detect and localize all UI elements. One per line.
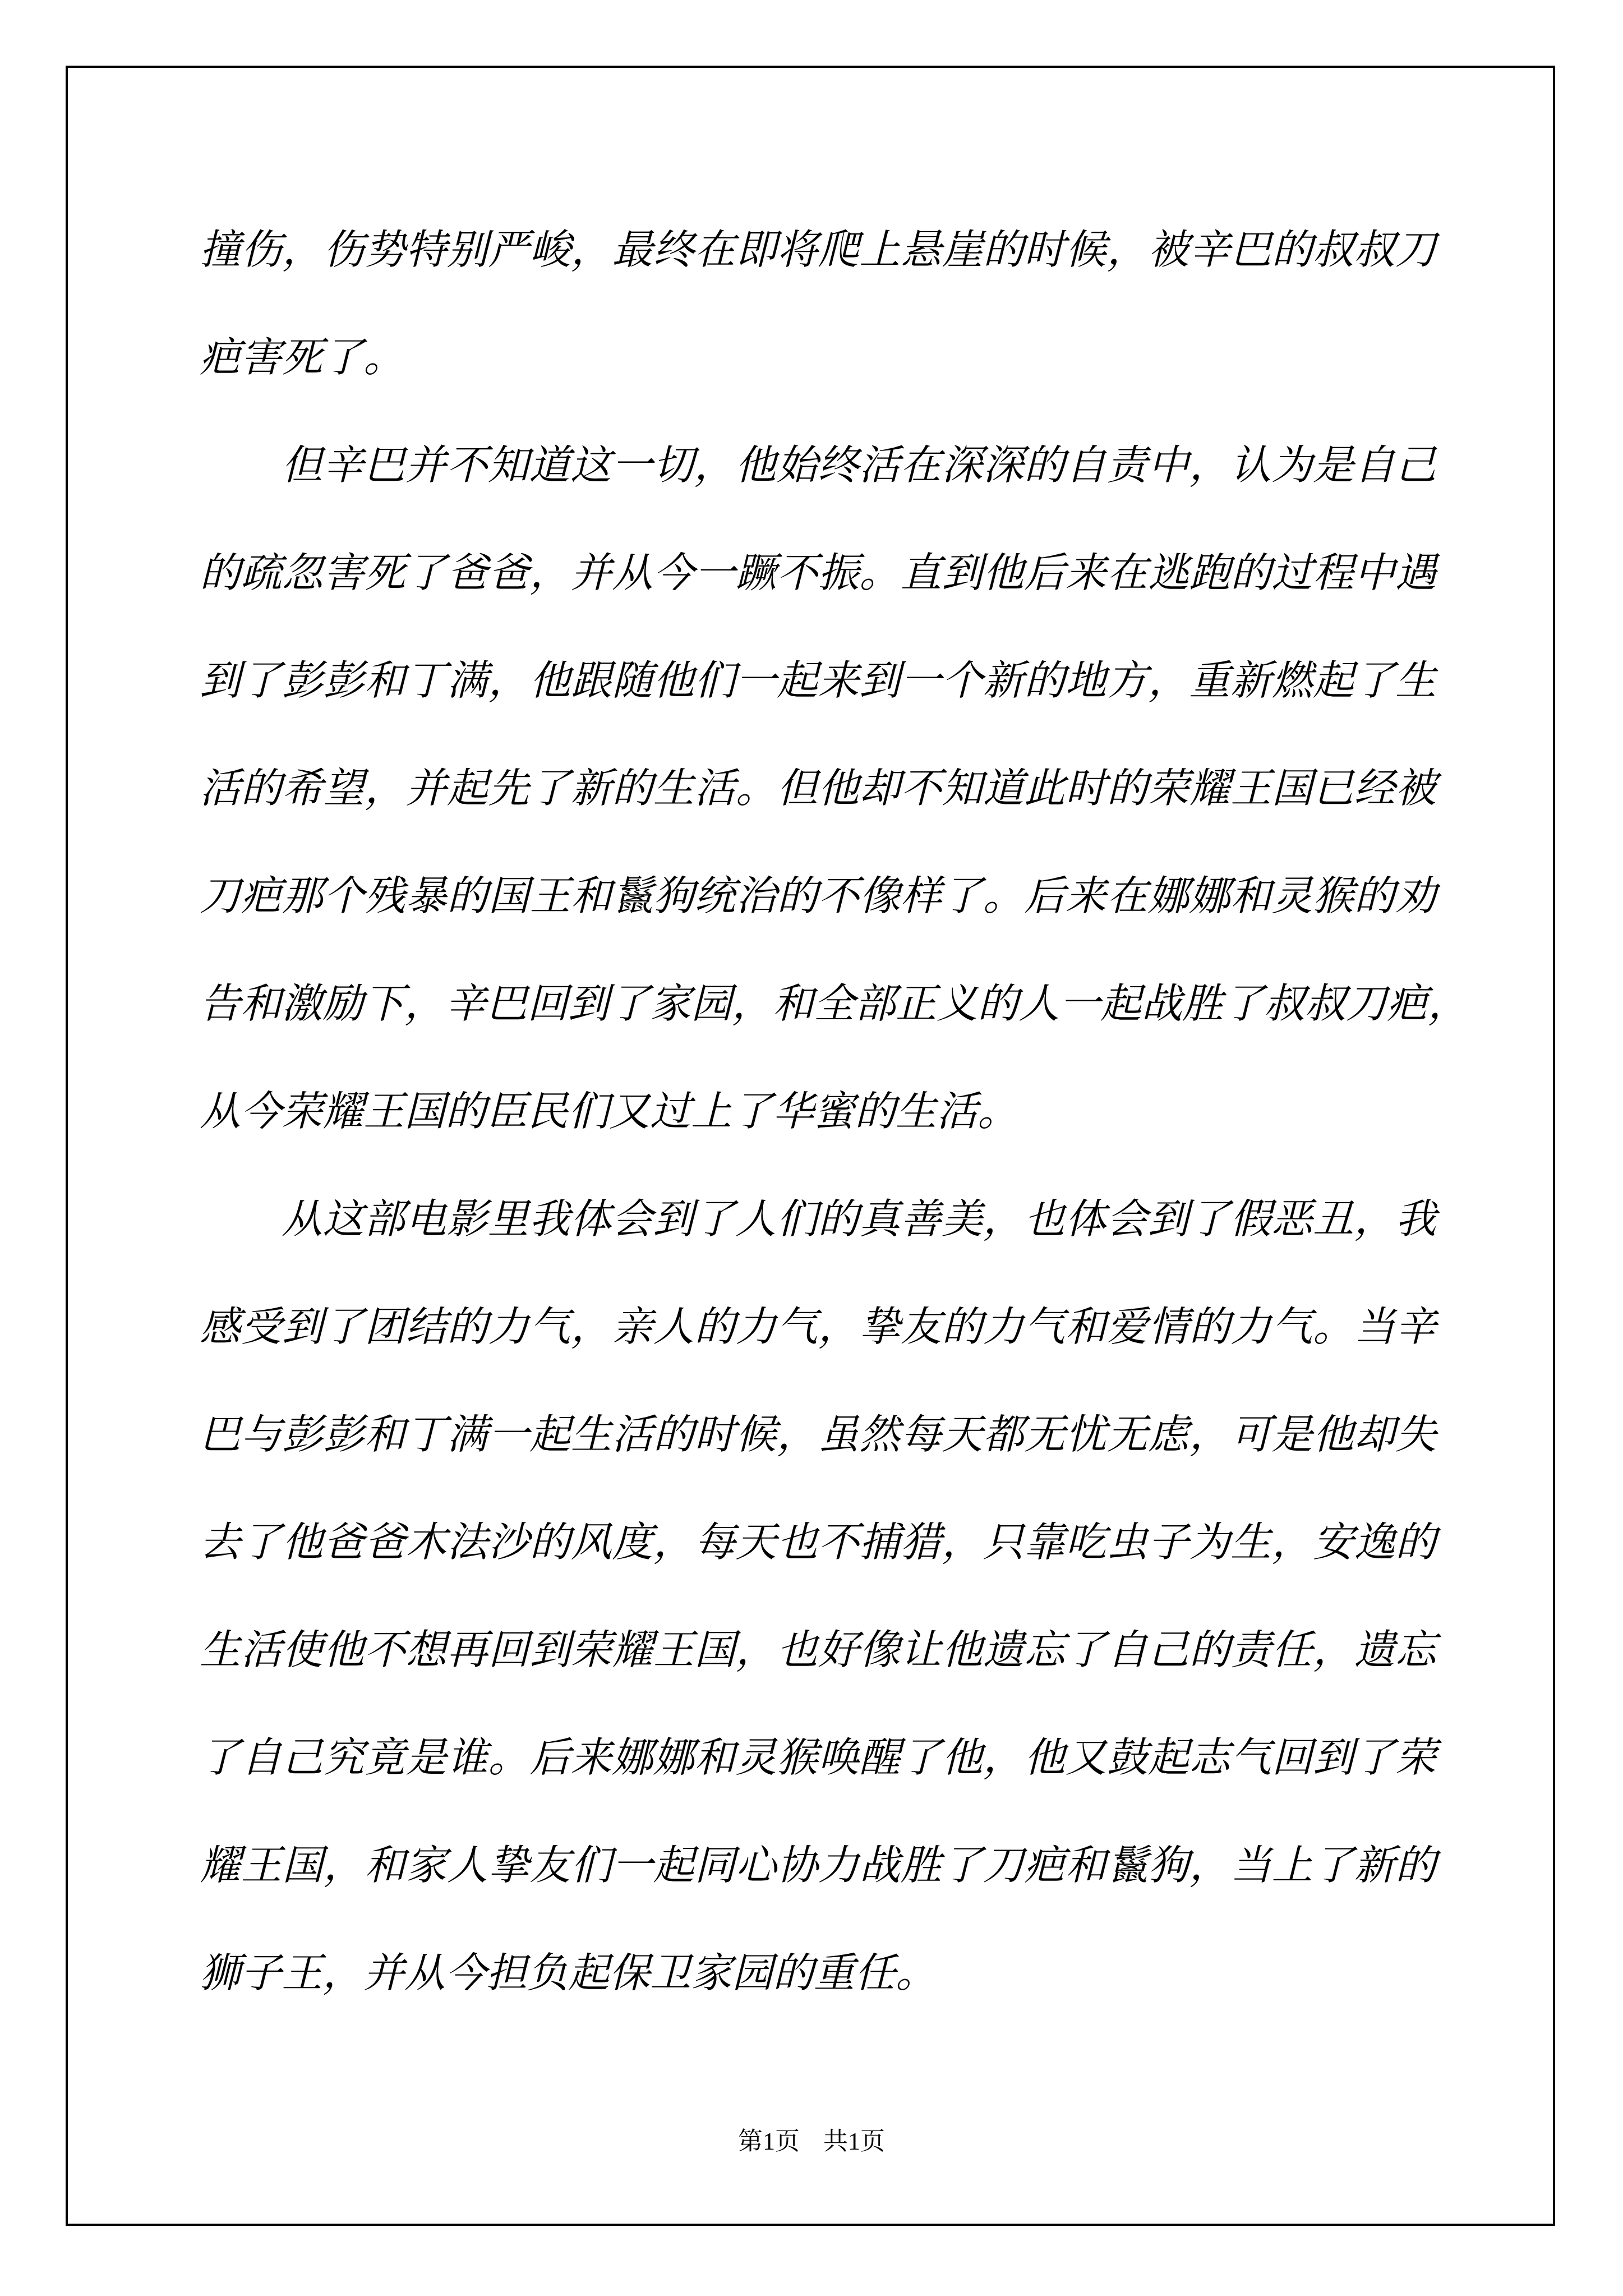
text-line: 刀疤那个残暴的国王和鬣狗统治的不像样了。后来在娜娜和灵猴的劝 <box>200 843 1436 950</box>
text-line: 感受到了团结的力气，亲人的力气，挚友的力气和爱情的力气。当辛 <box>200 1273 1436 1381</box>
text-line: 告和激励下，辛巴回到了家园，和全部正义的人一起战胜了叔叔刀疤， <box>200 950 1436 1058</box>
text-line: 撞伤，伤势特别严峻，最终在即将爬上悬崖的时候，被辛巴的叔叔刀 <box>200 196 1436 304</box>
text-line: 巴与彭彭和丁满一起生活的时候，虽然每天都无忧无虑，可是他却失 <box>200 1381 1436 1489</box>
text-line: 的疏忽害死了爸爸，并从今一蹶不振。直到他后来在逃跑的过程中遇 <box>200 519 1436 627</box>
page-footer: 第1页共1页 <box>0 2127 1623 2156</box>
text-line: 到了彭彭和丁满，他跟随他们一起来到一个新的地方，重新燃起了生 <box>200 627 1436 735</box>
text-line: 狮子王，并从今担负起保卫家园的重任。 <box>200 1920 1436 2027</box>
document-page: { "page": { "background_color": "#ffffff… <box>0 0 1623 2296</box>
text-line: 活的希望，并起先了新的生活。但他却不知道此时的荣耀王国已经被 <box>200 735 1436 843</box>
text-line: 疤害死了。 <box>200 304 1436 412</box>
text-line: 去了他爸爸木法沙的风度，每天也不捕猎，只靠吃虫子为生，安逸的 <box>200 1489 1436 1596</box>
footer-page-number: 第1页 <box>738 2128 800 2155</box>
text-line: 耀王国，和家人挚友们一起同心协力战胜了刀疤和鬣狗，当上了新的 <box>200 1812 1436 1920</box>
text-line: 从今荣耀王国的臣民们又过上了华蜜的生活。 <box>200 1058 1436 1166</box>
document-body: 撞伤，伤势特别严峻，最终在即将爬上悬崖的时候，被辛巴的叔叔刀疤害死了。但辛巴并不… <box>200 196 1436 2027</box>
footer-page-total: 共1页 <box>823 2128 885 2155</box>
text-line: 从这部电影里我体会到了人们的真善美，也体会到了假恶丑，我 <box>200 1166 1436 1273</box>
text-line: 生活使他不想再回到荣耀王国，也好像让他遗忘了自己的责任，遗忘 <box>200 1596 1436 1704</box>
text-line: 了自己究竟是谁。后来娜娜和灵猴唤醒了他，他又鼓起志气回到了荣 <box>200 1704 1436 1812</box>
text-line: 但辛巴并不知道这一切，他始终活在深深的自责中，认为是自己 <box>200 412 1436 519</box>
